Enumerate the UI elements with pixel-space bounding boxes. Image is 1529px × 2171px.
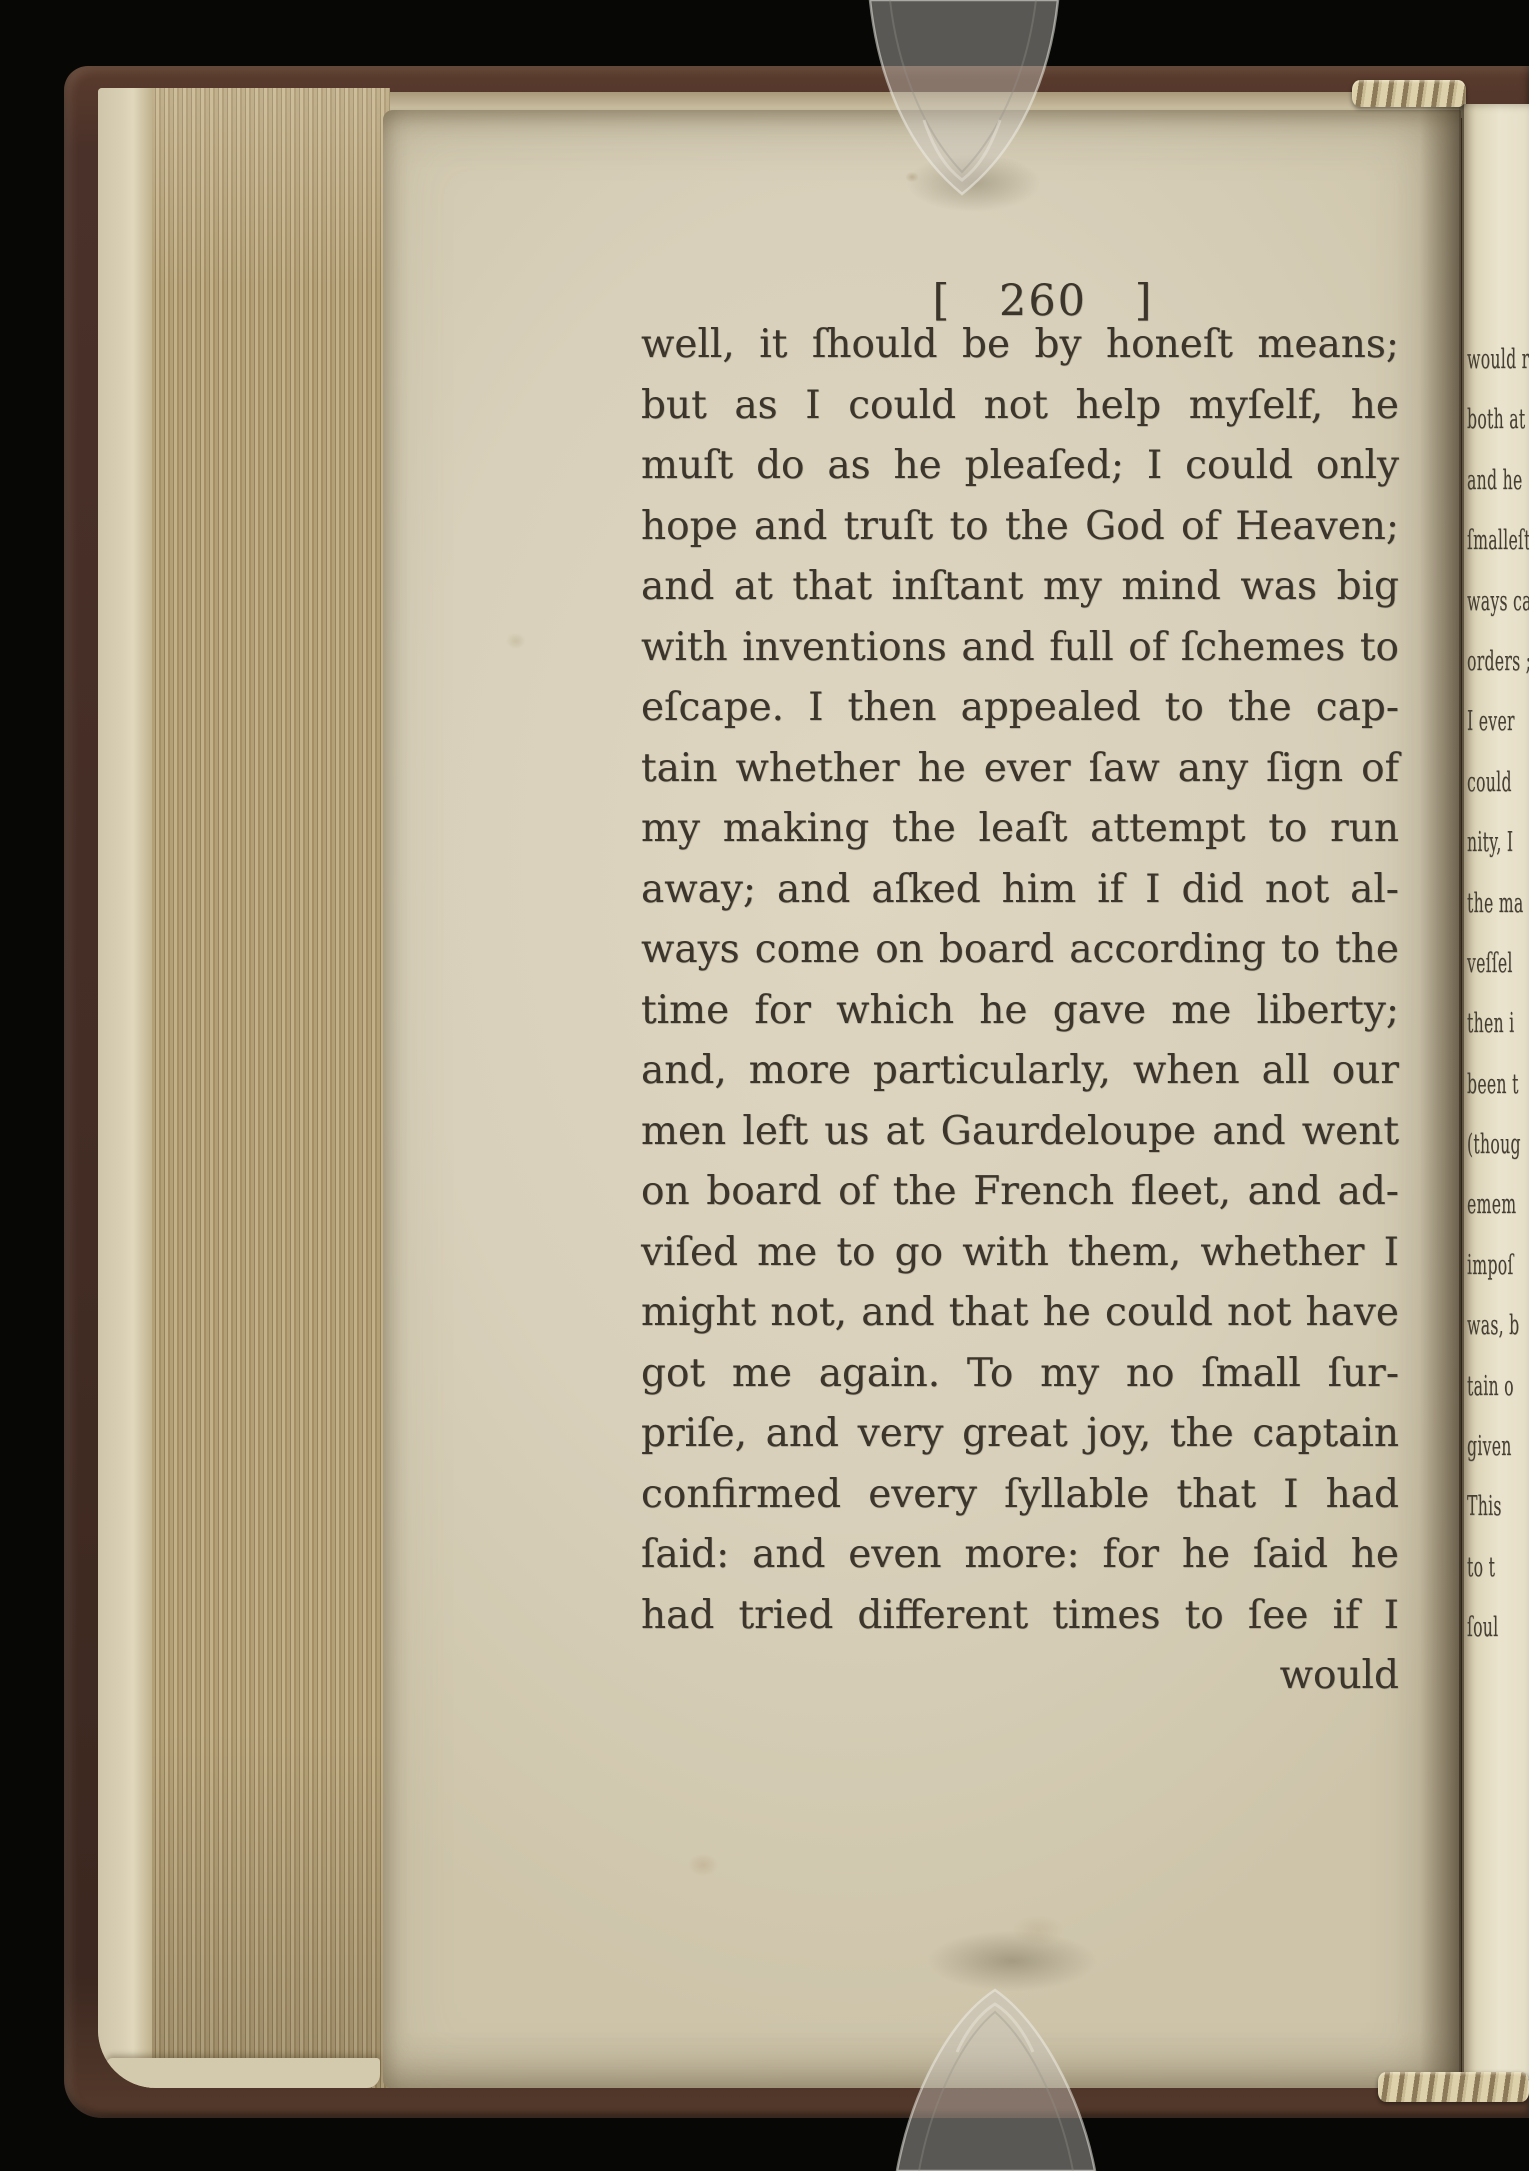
fragment-line: to t [1467,1538,1529,1598]
fragment-line: both at [1467,390,1529,450]
fore-edge-striations [152,88,390,2088]
headband-bottom [1378,2072,1529,2102]
text-line: viſed me to go with them, whether I [641,1223,1399,1284]
text-line: on board of the French fleet, and ad- [641,1162,1399,1223]
page-holder-strap-bottom [833,1972,1135,2171]
text-line: hope and truſt to the God of Heaven; [641,497,1399,558]
text-line: muſt do as he pleaſed; I could only [641,436,1399,497]
fore-edge-page-stack [98,88,390,2088]
page-holder-strap-top [838,0,1090,212]
paper-stain [503,630,529,652]
fragment-line: This [1467,1477,1529,1537]
fragment-line: could [1467,753,1529,813]
right-page-sliver: would rboth atand heſmalleſtways caorder… [1462,104,1529,2079]
fragment-line: tain o [1467,1357,1529,1417]
book-photograph: [ 260 ] well, it ſhould be by honeſt mea… [0,0,1529,2171]
fragment-line: was, b [1467,1296,1529,1356]
fragment-line: I ever [1467,692,1529,752]
text-line: got me again. To my no ſmall ſur- [641,1344,1399,1405]
text-line: tain whether he ever ſaw any ſign of [641,739,1399,800]
fragment-line: and he [1467,451,1529,511]
left-page: [ 260 ] well, it ſhould be by honeſt mea… [383,110,1461,2088]
fragment-line: nity, I [1467,813,1529,873]
text-line: with inventions and full of ſchemes to [641,618,1399,679]
fragment-line: impoſ [1467,1236,1529,1296]
fragment-line: been t [1467,1055,1529,1115]
text-line: men left us at Gaurdeloupe and went [641,1102,1399,1163]
fragment-line: ſoul [1467,1598,1529,1658]
fragment-line: veſſel [1467,934,1529,994]
fragment-line: would r [1467,330,1529,390]
right-page-text-fragments: would rboth atand heſmalleſtways caorder… [1467,330,1529,1659]
text-block: well, it ſhould be by honeſt means;but a… [641,315,1399,1646]
text-line: might not, and that he could not have [641,1283,1399,1344]
paper-stain [683,1850,723,1880]
text-line: confirmed every ſyllable that I had [641,1465,1399,1526]
text-line: had tried different times to ſee if I [641,1586,1399,1647]
fore-edge-inner-band [98,88,152,2088]
gutter-shadow [1420,96,1464,2086]
fragment-line: ſmalleſt [1467,511,1529,571]
fragment-line: emem [1467,1175,1529,1235]
text-line: and at that inſtant my mind was big [641,557,1399,618]
text-line: priſe, and very great joy, the captain [641,1404,1399,1465]
text-line: and, more particularly, when all our [641,1041,1399,1102]
fragment-line: orders ; [1467,632,1529,692]
text-line: well, it ſhould be by honeſt means; [641,315,1399,376]
text-line: time for which he gave me liberty; [641,981,1399,1042]
text-line: my making the leaſt attempt to run [641,799,1399,860]
text-line: away; and aſked him if I did not al- [641,860,1399,921]
fragment-line: given [1467,1417,1529,1477]
text-line: but as I could not help myſelf, he [641,376,1399,437]
catchword: would [641,1646,1399,1707]
fore-edge-bottom-curl [106,2058,380,2088]
fragment-line: ways ca [1467,572,1529,632]
text-line: eſcape. I then appealed to the cap- [641,678,1399,739]
gutter-crease-line [1459,104,1462,2079]
fragment-line: the ma [1467,874,1529,934]
fragment-line: (thoug [1467,1115,1529,1175]
text-line: ſaid: and even more: for he ſaid he [641,1525,1399,1586]
fragment-line: then i [1467,994,1529,1054]
text-line: ways come on board according to the [641,920,1399,981]
paper-stain [1003,1910,1073,1950]
headband-top [1352,80,1466,107]
